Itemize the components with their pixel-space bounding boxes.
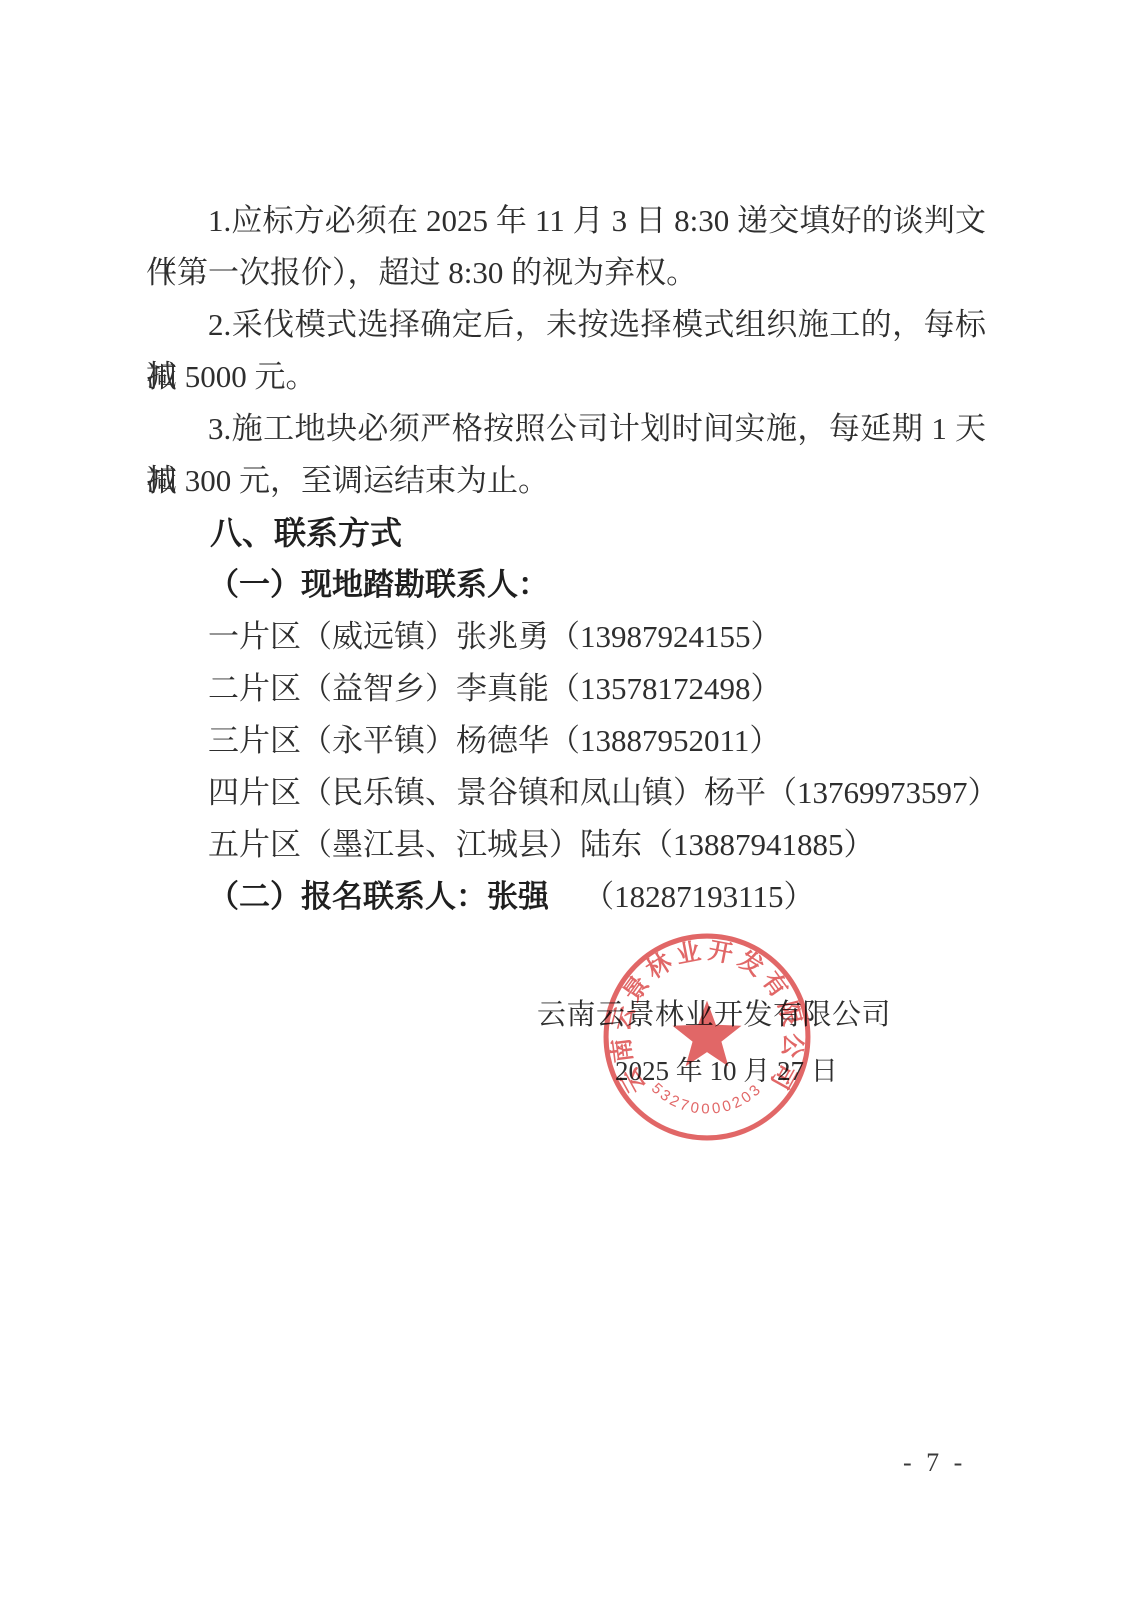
- contact-line-district-3: 三片区（永平镇）杨德华（13887952011）: [146, 715, 986, 767]
- contact-line-district-5: 五片区（墨江县、江城县）陆东（13887941885）: [146, 819, 986, 871]
- registration-contact-phone: （18287193115）: [583, 879, 814, 914]
- seal-outer-ring: [606, 936, 808, 1138]
- paragraph-3-line-1: 3.施工地块必须严格按照公司计划时间实施，每延期 1 天扣: [146, 403, 986, 455]
- contact-line-district-2: 二片区（益智乡）李真能（13578172498）: [146, 663, 986, 715]
- section-heading-contact-info: 八、联系方式: [146, 507, 986, 559]
- page-number: - 7 -: [903, 1448, 966, 1478]
- registration-contact-line: （二）报名联系人：张强（18287193115）: [146, 871, 986, 923]
- survey-contacts-heading: （一）现地踏勘联系人：: [146, 559, 986, 611]
- signature-date: 2025 年 10 月 27 日: [615, 1054, 838, 1088]
- paragraph-2-line-2: 减 5000 元。: [146, 351, 986, 403]
- paragraph-1-line-2: （第一次报价），超过 8:30 的视为弃权。: [146, 247, 986, 299]
- paragraph-2-line-1: 2.采伐模式选择确定后，未按选择模式组织施工的，每标扣: [146, 299, 986, 351]
- seal-graphic: 云南云景林业开发有限公司 53270000203: [600, 930, 814, 1144]
- contact-line-district-1: 一片区（威远镇）张兆勇（13987924155）: [146, 611, 986, 663]
- paragraph-1-line-1: 1.应标方必须在 2025 年 11 月 3 日 8:30 递交填好的谈判文件: [146, 195, 986, 247]
- contact-line-district-4: 四片区（民乐镇、景谷镇和凤山镇）杨平（13769973597）: [146, 767, 986, 819]
- paragraph-3-line-2: 减 300 元，至调运结束为止。: [146, 455, 986, 507]
- document-page: 1.应标方必须在 2025 年 11 月 3 日 8:30 递交填好的谈判文件 …: [0, 0, 1131, 1600]
- registration-contact-label: （二）报名联系人：: [208, 879, 487, 914]
- document-body: 1.应标方必须在 2025 年 11 月 3 日 8:30 递交填好的谈判文件 …: [146, 195, 986, 923]
- company-seal-stamp: 云南云景林业开发有限公司 53270000203: [600, 930, 814, 1144]
- registration-contact-name: 张强: [487, 879, 549, 914]
- signature-company-name: 云南云景林业开发有限公司: [537, 997, 891, 1033]
